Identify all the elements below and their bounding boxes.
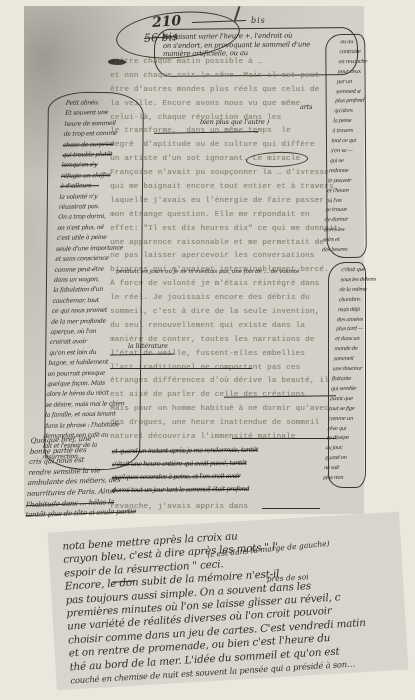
text-line: une douceur — [332, 365, 363, 375]
text-line: le réel. Je jouissais encore des débris … — [110, 294, 346, 308]
text-line: des années — [336, 315, 367, 325]
text-line: rêve qui — [327, 424, 358, 434]
text-line: pour ceux — [337, 67, 368, 77]
text-line: d'être chaque matin possible à … — [110, 58, 346, 72]
text-line: et l'heure — [327, 186, 358, 196]
text-line: en revanche — [338, 58, 369, 68]
text-line: ne pas laisser apercevoir les conversati… — [110, 252, 346, 266]
text-line: se trouve — [325, 206, 356, 216]
text-line: de la même — [339, 286, 370, 296]
text-line: est aisé de parler de celle des création… — [110, 391, 346, 405]
text-line: ou au — [340, 38, 371, 48]
text-line: À force de volonté je m'étais réintégré … — [110, 280, 346, 294]
text-line: effet: "Il est dix heures dix" ce qui me… — [110, 225, 346, 239]
text-line: chambre, — [338, 295, 369, 305]
text-line: sommeil — [333, 355, 364, 365]
text-line: plus profond — [334, 97, 365, 107]
text-line: qui se — [329, 157, 360, 167]
text-line: tout se fige — [329, 404, 360, 414]
scanned-page: 210 56 bis bis En faisant varier l'heure… — [0, 0, 415, 700]
text-line: qui semble — [330, 385, 361, 395]
text-line: Mais pour un homme habitué à ne dormir q… — [110, 405, 346, 419]
text-line: après les — [323, 226, 354, 236]
strike-after-last-line — [262, 508, 320, 509]
text-line: qui me baignait encore tout entier et à … — [110, 183, 346, 197]
text-line: l'état de veille, fussent-elles embellie… — [110, 350, 346, 364]
text-line: des heures — [321, 246, 352, 256]
nota-bene-slip: nota bene mettre après la croix aucrayon… — [48, 512, 409, 691]
text-line: mon étrange question. Elle me répondait … — [110, 211, 346, 225]
text-line: qu'alors — [334, 107, 365, 117]
text-line: c'était que — [341, 266, 372, 276]
text-line: l'art traditionnel ne comportant pas ces — [110, 364, 346, 378]
strike-line-28 — [232, 438, 336, 439]
text-line: sommeil, c'est à dire de la seule invent… — [110, 308, 346, 322]
text-line: et non chaque soir le rêve. Mais il est … — [110, 72, 346, 86]
text-line: redonne — [328, 167, 359, 177]
text-line: sommeil si — [335, 87, 366, 97]
interlinear-note-arts: arts — [300, 103, 312, 111]
text-line: plus tard — — [335, 325, 366, 335]
text-line: flottante — [331, 375, 362, 385]
interlinear-note-pendant: pendant les jours où je ne m'éveillais p… — [116, 269, 299, 275]
text-line: une apparence raisonnable et me permetta… — [110, 239, 346, 253]
text-line: la peine — [333, 117, 364, 127]
scratched-word-blot — [108, 59, 126, 65]
scratch-bar — [192, 20, 246, 23]
text-line: par un — [336, 77, 367, 87]
interlinear-note-bien-plus: bien plus que l'autre ) — [200, 118, 269, 126]
text-line: Françoise n'avait pu soupçonner la … d'i… — [110, 169, 346, 183]
text-line: monde de — [334, 345, 365, 355]
text-line: sous les dehors — [340, 276, 371, 286]
text-line: s'en va — — [330, 147, 361, 157]
text-line: laquelle j'avais eu l'énergie de faire p… — [110, 197, 346, 211]
overwritten-scribble-block: et quand un instant après je me rendorma… — [112, 443, 345, 497]
text-line: étranges différences d'où dérive la beau… — [110, 377, 346, 391]
text-line: du seul renouvellement qui existe dans l… — [110, 322, 346, 336]
text-line: où l'on — [326, 196, 357, 206]
scratch-word: bis — [251, 16, 266, 25]
text-line: le pouvoir — [328, 176, 359, 186]
text-line: contraire — [339, 48, 370, 58]
text-line: de dormir — [324, 216, 355, 226]
text-line: comme un — [328, 414, 359, 424]
text-line: dormi tout un jour tant le sommeil était… — [112, 482, 344, 497]
scratched-header-note: bis — [192, 16, 266, 25]
text-line: mais déjà — [337, 305, 368, 315]
text-line: à travers — [332, 127, 363, 137]
text-line: soirs et — [322, 236, 353, 246]
text-line: avant que — [329, 395, 360, 405]
text-line: et dans un — [335, 335, 366, 345]
manuscript-photo: 210 56 bis bis En faisant varier l'heure… — [24, 6, 364, 514]
slip-lines: nota bene mettre après la croix aucrayon… — [62, 521, 396, 688]
text-line: tout ce qui — [331, 137, 362, 147]
